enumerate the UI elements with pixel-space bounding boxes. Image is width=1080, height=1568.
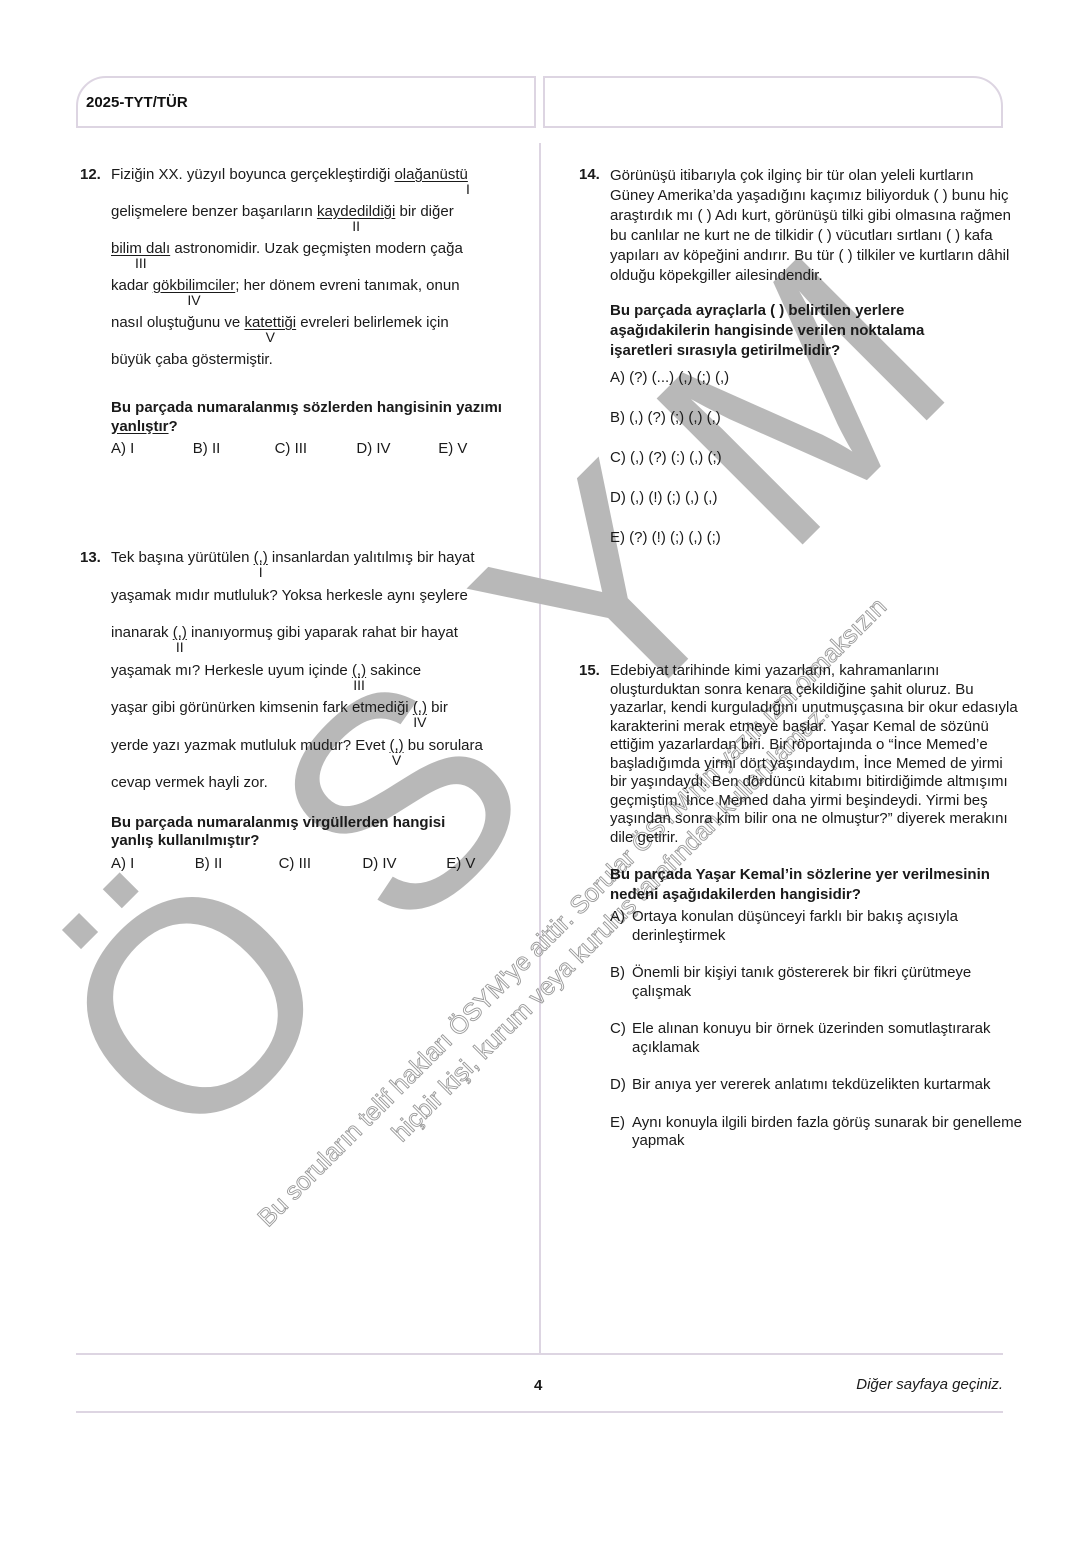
- question-15-options: A)Ortaya konulan düşünceyi farklı bir ba…: [610, 908, 1030, 1151]
- question-number: 12.: [80, 166, 101, 185]
- next-page-note: Diğer sayfaya geçiniz.: [856, 1376, 1003, 1393]
- question-13-options: A) I B) II C) III D) IV E) V: [111, 855, 530, 874]
- numbered-item: (,)V: [389, 737, 403, 756]
- roman-numeral-label: II: [317, 218, 395, 234]
- numbered-item: bilim dalıIII: [111, 240, 170, 259]
- question-number: 14.: [579, 166, 600, 185]
- numbered-item: (,)II: [173, 624, 187, 643]
- question-15: 15. Edebiyat tarihinde kimi yazarların, …: [579, 662, 1029, 1170]
- numbered-item: gökbilimcilerIV: [153, 277, 236, 296]
- option-d[interactable]: D) (,) (!) (;) (,) (,): [610, 489, 1019, 529]
- numbered-item: (,)IV: [413, 699, 427, 718]
- roman-numeral-label: IV: [413, 714, 427, 730]
- roman-numeral-label: III: [135, 255, 170, 271]
- question-13: 13. Tek başına yürütülen (,)I insanlarda…: [80, 549, 530, 873]
- question-number: 13.: [80, 549, 101, 568]
- roman-numeral-label: II: [173, 639, 187, 655]
- passage-line: Fiziğin XX. yüzyıl boyunca gerçekleştird…: [111, 166, 520, 203]
- passage-line: yaşamak mıdır mutluluk? Yoksa herkesle a…: [111, 587, 530, 625]
- roman-numeral-label: III: [352, 677, 366, 693]
- option-c[interactable]: C) (,) (?) (:) (,) (;): [610, 449, 1019, 489]
- option-e[interactable]: E)Aynı konuyla ilgili birden fazla görüş…: [610, 1114, 1030, 1151]
- roman-numeral-label: IV: [153, 292, 236, 308]
- passage-line: Tek başına yürütülen (,)I insanlardan ya…: [111, 549, 530, 587]
- option-a[interactable]: A) (?) (...) (,) (;) (,): [610, 369, 1019, 409]
- question-12-passage: Fiziğin XX. yüzyıl boyunca gerçekleştird…: [111, 166, 520, 388]
- question-14: 14. Görünüşü itibarıyla çok ilginç bir t…: [579, 166, 1019, 569]
- question-14-prompt: Bu parçada ayraçlarla ( ) belirtilen yer…: [610, 301, 970, 361]
- roman-numeral-label: I: [254, 564, 268, 580]
- question-12-prompt: Bu parçada numaralanmış sözlerden hangis…: [111, 399, 520, 436]
- option-b[interactable]: B) II: [195, 855, 279, 874]
- page-number: 4: [534, 1377, 542, 1394]
- option-a[interactable]: A) I: [111, 440, 193, 459]
- passage-line: inanarak (,)II inanıyormuş gibi yaparak …: [111, 624, 530, 662]
- question-14-options: A) (?) (...) (,) (;) (,) B) (,) (?) (;) …: [610, 369, 1019, 569]
- question-15-passage: Edebiyat tarihinde kimi yazarların, kahr…: [610, 662, 1020, 847]
- question-13-passage: Tek başına yürütülen (,)I insanlardan ya…: [111, 549, 530, 812]
- question-12: 12. Fiziğin XX. yüzyıl boyunca gerçekleş…: [80, 166, 520, 459]
- numbered-item: (,)III: [352, 662, 366, 681]
- question-15-prompt: Bu parçada Yaşar Kemal’in sözlerine yer …: [610, 865, 990, 905]
- question-number: 15.: [579, 662, 600, 681]
- passage-line: yerde yazı yazmak mutluluk mudur? Evet (…: [111, 737, 530, 775]
- passage-line: yaşamak mı? Herkesle uyum içinde (,)III …: [111, 662, 530, 700]
- option-b[interactable]: B) (,) (?) (;) (,) (,): [610, 409, 1019, 449]
- passage-line: büyük çaba göstermiştir.: [111, 351, 520, 388]
- passage-line: kadar gökbilimcilerIV; her dönem evreni …: [111, 277, 520, 314]
- roman-numeral-label: V: [389, 752, 403, 768]
- passage-line: cevap vermek hayli zor.: [111, 774, 530, 812]
- option-a[interactable]: A) I: [111, 855, 195, 874]
- footer-divider-bottom: [76, 1411, 1003, 1413]
- roman-numeral-label: I: [394, 181, 469, 197]
- roman-numeral-label: V: [244, 329, 296, 345]
- numbered-item: kaydedildiğiII: [317, 203, 395, 222]
- option-c[interactable]: C)Ele alınan konuyu bir örnek üzerinden …: [610, 1020, 1030, 1057]
- numbered-item: (,)I: [254, 549, 268, 568]
- option-d[interactable]: D) IV: [356, 440, 438, 459]
- option-c[interactable]: C) III: [279, 855, 363, 874]
- option-e[interactable]: E) V: [446, 855, 530, 874]
- passage-line: gelişmelere benzer başarıların kaydedild…: [111, 203, 520, 240]
- numbered-item: olağanüstüI: [394, 166, 467, 185]
- passage-line: nasıl oluştuğunu ve katettiğiV evreleri …: [111, 314, 520, 351]
- numbered-item: katettiğiV: [244, 314, 296, 333]
- option-e[interactable]: E) (?) (!) (;) (,) (;): [610, 529, 1019, 569]
- option-a[interactable]: A)Ortaya konulan düşünceyi farklı bir ba…: [610, 908, 1030, 945]
- passage-line: bilim dalıIII astronomidir. Uzak geçmişt…: [111, 240, 520, 277]
- passage-line: yaşar gibi görünürken kimsenin fark etme…: [111, 699, 530, 737]
- question-14-passage: Görünüşü itibarıyla çok ilginç bir tür o…: [610, 166, 1012, 286]
- option-b[interactable]: B)Önemli bir kişiyi tanık göstererek bir…: [610, 964, 1030, 1001]
- option-d[interactable]: D)Bir anıya yer vererek anlatımı tekdüze…: [610, 1076, 1030, 1095]
- option-d[interactable]: D) IV: [362, 855, 446, 874]
- option-b[interactable]: B) II: [193, 440, 275, 459]
- option-c[interactable]: C) III: [275, 440, 357, 459]
- footer-divider-top: [76, 1353, 1003, 1355]
- option-e[interactable]: E) V: [438, 440, 520, 459]
- question-12-options: A) I B) II C) III D) IV E) V: [111, 440, 520, 459]
- question-13-prompt: Bu parçada numaralanmış virgüllerden han…: [111, 814, 491, 851]
